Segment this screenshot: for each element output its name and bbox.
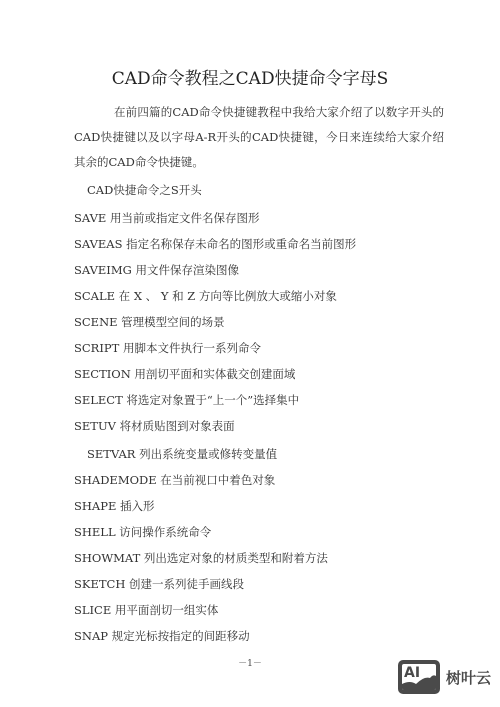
command-line: SECTION 用剖切平面和实体截交创建面域 xyxy=(74,366,295,382)
command-line: SCALE 在 X 、 Y 和 Z 方向等比例放大或缩小对象 xyxy=(74,288,337,304)
intro-paragraph: 在前四篇的CAD命令快捷键教程中我给大家介绍了以数字开头的CAD快捷键以及以字母… xyxy=(74,100,444,175)
section-heading: CAD快捷命令之S开头 xyxy=(87,182,202,198)
command-line: SHADEMODE 在当前视口中着色对象 xyxy=(74,472,275,488)
command-line: SHELL 访问操作系统命令 xyxy=(74,524,211,540)
command-line: SCENE 管理模型空间的场景 xyxy=(74,314,225,330)
command-line: SAVE 用当前或指定文件名保存图形 xyxy=(74,210,259,226)
command-line: SHOWMAT 列出选定对象的材质类型和附着方法 xyxy=(74,550,328,566)
command-line: SELECT 将选定对象置于“上一个”选择集中 xyxy=(74,392,299,408)
command-line: SAVEIMG 用文件保存渲染图像 xyxy=(74,262,239,278)
command-line: SETVAR 列出系统变量或修转变量值 xyxy=(87,446,277,462)
command-line: SCRIPT 用脚本文件执行一系列命令 xyxy=(74,340,261,356)
command-line: SKETCH 创建一系列徒手画线段 xyxy=(74,576,244,592)
ai-image-icon: AI xyxy=(398,660,440,694)
command-line: SAVEAS 指定名称保存未命名的图形或重命名当前图形 xyxy=(74,236,356,252)
document-title: CAD命令教程之CAD快捷命令字母S xyxy=(0,64,500,89)
command-line: SETUV 将材质贴图到对象表面 xyxy=(74,418,235,434)
command-line: SLICE 用平面剖切一组实体 xyxy=(74,602,218,618)
watermark-brand: 树叶云 xyxy=(446,667,491,688)
command-line: SNAP 规定光标按指定的间距移动 xyxy=(74,628,250,644)
watermark-logo: AI 树叶云 xyxy=(398,660,491,694)
mountain-shape-icon xyxy=(402,664,436,690)
command-line: SHAPE 插入形 xyxy=(74,498,155,514)
